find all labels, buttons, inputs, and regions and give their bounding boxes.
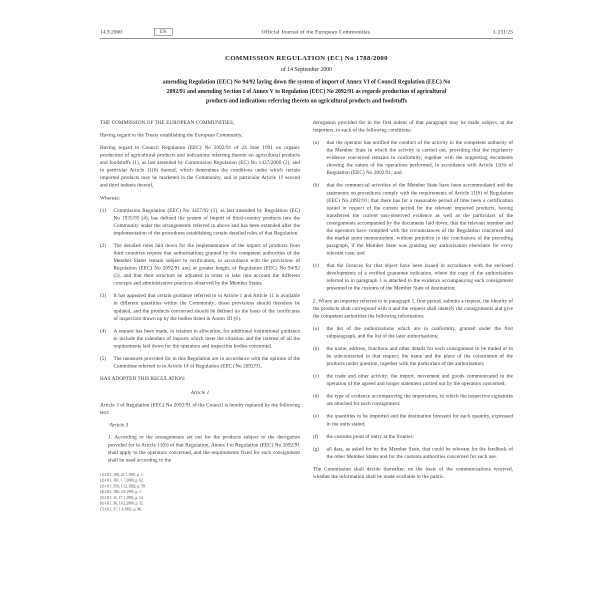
recital-number: (5): [100, 355, 114, 370]
info-item-b: (b) the name, address, functions and oth…: [313, 345, 513, 368]
regulation-date: of 14 September 2000: [100, 67, 513, 73]
item-letter: (d): [313, 393, 327, 408]
recital-number: (2): [100, 242, 114, 287]
regulation-title: COMMISSION REGULATION (EC) No 1788/2000: [100, 54, 513, 62]
info-item-f: (f) the customs point of entry at the fr…: [313, 433, 513, 441]
continuation-paragraph: derogation provided for in the first ind…: [313, 119, 513, 134]
item-text: the type of evidence accompanying the im…: [327, 393, 514, 408]
item-letter: (e): [313, 413, 327, 428]
recital-number: (4): [100, 327, 114, 350]
page-content: 14.9.2000 EN Official Journal of the Eur…: [100, 28, 513, 512]
info-item-d: (d) the type of evidence accompanying th…: [313, 393, 513, 408]
recital-number: (1): [100, 207, 114, 237]
item-letter: (b): [313, 345, 327, 368]
recital-text: A request has been made, in relation to …: [114, 327, 301, 350]
info-item-a: (a) the list of the authorisations which…: [313, 325, 513, 340]
item-text: the trade and other activity; the import…: [327, 373, 514, 388]
recital-5: (5) The measures provided for in this Re…: [100, 355, 300, 370]
info-item-g: (g) all data, as asked for by the Member…: [313, 445, 513, 460]
condition-item-b: (b) that the commercial activities of th…: [313, 182, 513, 257]
info-item-e: (e) the quantities to be imported and th…: [313, 413, 513, 428]
article-1-intro: Article 3 of Regulation (EEC) No 2092/91…: [100, 402, 300, 417]
item-letter: (a): [313, 325, 327, 340]
item-text: that the operator has notified the condu…: [327, 139, 514, 177]
item-letter: (c): [313, 262, 327, 292]
item-text: the list of the authorisations which are…: [327, 325, 514, 340]
recital-4: (4) A request has been made, in relation…: [100, 327, 300, 350]
recital-number: (3): [100, 292, 114, 322]
item-text: the name, address, functions and other d…: [327, 345, 514, 368]
commission-opening: THE COMMISSION OF THE EUROPEAN COMMUNITI…: [100, 119, 300, 127]
recital-text: The detailed rules laid down for the imp…: [114, 242, 301, 287]
footnote: (7) OJ L 97, 1.4.1992, p. 46.: [100, 506, 300, 512]
condition-item-a: (a) that the operator has notified the c…: [313, 139, 513, 177]
treaty-clause: Having regard to the Treaty establishing…: [100, 131, 300, 139]
item-text: that the commercial activities of the Me…: [327, 182, 514, 257]
closing-paragraph: The Commission shall decide thereafter, …: [313, 465, 513, 480]
header-rule: [100, 39, 513, 40]
recital-text: It has appeared that certain guidance re…: [114, 292, 301, 322]
article-1-heading: Article 1: [100, 389, 300, 397]
item-text: that the licences for that object have b…: [327, 262, 514, 292]
title-block: COMMISSION REGULATION (EC) No 1788/2000 …: [100, 54, 513, 106]
whereas-label: Whereas:: [100, 194, 300, 202]
quoted-article-paragraph: 1. According to the arrangements set out…: [108, 434, 300, 464]
item-letter: (g): [313, 445, 327, 460]
item-text: the quantities to be imported and the de…: [327, 413, 514, 428]
item-text: the customs point of entry at the fronti…: [327, 433, 514, 441]
two-column-body: THE COMMISSION OF THE EUROPEAN COMMUNITI…: [100, 119, 513, 512]
regulation-subtitle: amending Regulation (EEC) No 94/92 layin…: [161, 78, 453, 106]
header-language-code: EN: [154, 28, 173, 36]
recital-2: (2) The detailed rules laid down for the…: [100, 242, 300, 287]
recital-1: (1) Commission Regulation (EEC) No 3457/…: [100, 207, 300, 237]
header-date: 14.9.2000: [100, 29, 154, 35]
left-column: THE COMMISSION OF THE EUROPEAN COMMUNITI…: [100, 119, 300, 512]
right-column: derogation provided for in the first ind…: [313, 119, 513, 512]
having-regard-clause: Having regard to Council Regulation (EEC…: [100, 144, 300, 189]
item-letter: (f): [313, 433, 327, 441]
document-page: 14.9.2000 EN Official Journal of the Eur…: [0, 0, 600, 600]
info-item-c: (c) the trade and other activity; the im…: [313, 373, 513, 388]
item-letter: (b): [313, 182, 327, 257]
has-adopted-clause: HAS ADOPTED THIS REGULATION:: [100, 375, 300, 383]
footnotes-block: (1) OJ L 198, 22.7.1991, p. 1. (2) OJ L …: [100, 472, 300, 512]
condition-item-c: (c) that the licences for that object ha…: [313, 262, 513, 292]
recital-text: Commission Regulation (EEC) No 3457/92 (…: [114, 207, 301, 237]
item-letter: (c): [313, 373, 327, 388]
recital-text: The measures provided for in this Regula…: [114, 355, 301, 370]
page-header: 14.9.2000 EN Official Journal of the Eur…: [100, 28, 513, 36]
header-page-ref: L 231/25: [459, 29, 513, 35]
item-letter: (a): [313, 139, 327, 177]
paragraph-2: 2. Where an importer referred to in para…: [313, 297, 513, 320]
header-journal-title: Official Journal of the European Communi…: [173, 29, 459, 35]
quoted-article-heading: ‘Article 3: [108, 422, 300, 430]
recital-3: (3) It has appeared that certain guidanc…: [100, 292, 300, 322]
item-text: all data, as asked for by the Member Sta…: [327, 445, 514, 460]
